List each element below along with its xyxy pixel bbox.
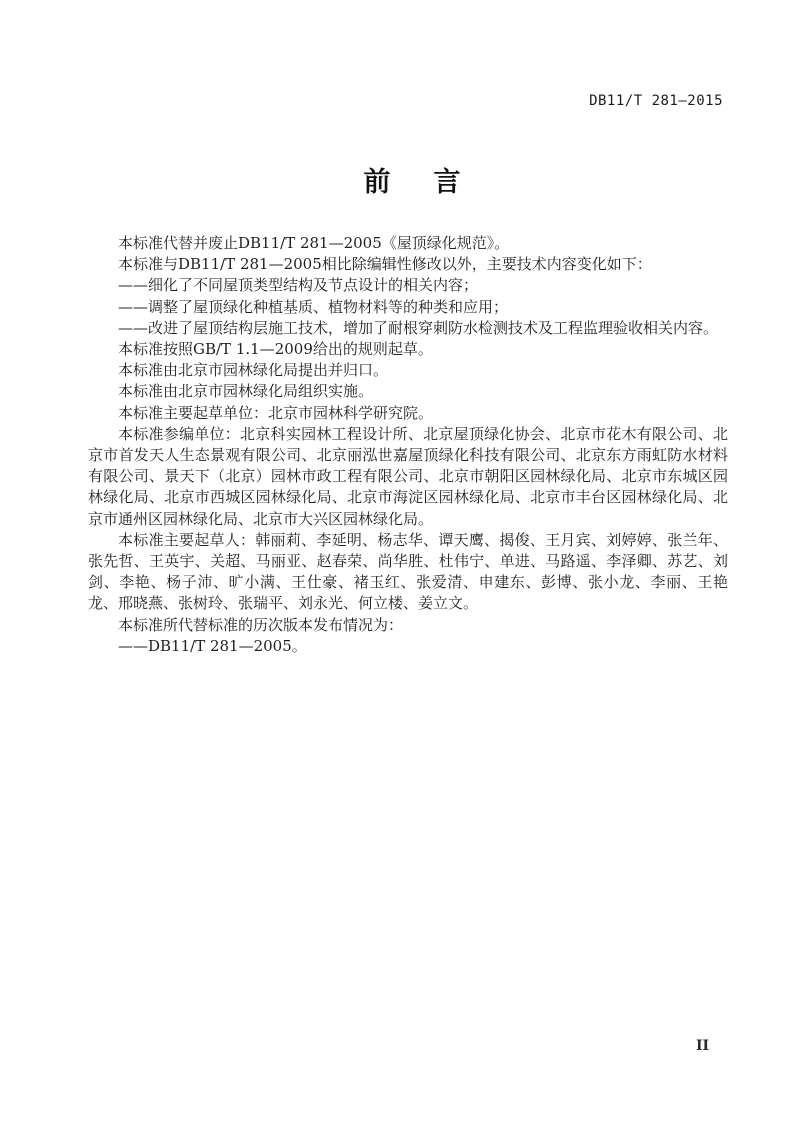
para-participating-orgs: 本标准参编单位：北京科实园林工程设计所、北京屋顶绿化协会、北京市花木有限公司、北…	[88, 424, 728, 530]
para-drafting-rules: 本标准按照GB/T 1.1—2009给出的规则起草。	[88, 339, 728, 360]
para-supersedes: 本标准代替并废止DB11/T 281—2005《屋顶绿化规范》。	[88, 233, 728, 254]
running-header-doc-code: DB11/T 281—2015	[589, 93, 723, 109]
change-item-1: ——细化了不同屋顶类型结构及节点设计的相关内容；	[88, 275, 728, 296]
foreword-title: 前 言	[16, 160, 800, 199]
para-proposed-by: 本标准由北京市园林绿化局提出并归口。	[88, 360, 728, 381]
para-changes-intro: 本标准与DB11/T 281—2005相比除编辑性修改以外，主要技术内容变化如下…	[88, 254, 728, 275]
para-previous-editions-intro: 本标准所代替标准的历次版本发布情况为：	[88, 615, 728, 636]
foreword-body: 本标准代替并废止DB11/T 281—2005《屋顶绿化规范》。 本标准与DB1…	[88, 233, 728, 657]
para-main-drafters: 本标准主要起草人：韩丽莉、李延明、杨志华、谭天鹰、揭俊、王月宾、刘婷婷、张兰年、…	[88, 530, 728, 615]
change-item-2: ——调整了屋顶绿化种植基质、植物材料等的种类和应用；	[88, 297, 728, 318]
change-item-3: ——改进了屋顶结构层施工技术，增加了耐根穿刺防水检测技术及工程监理验收相关内容。	[88, 318, 728, 339]
previous-edition-item: ——DB11/T 281—2005。	[88, 636, 728, 657]
para-implemented-by: 本标准由北京市园林绿化局组织实施。	[88, 381, 728, 402]
page-number: II	[696, 1038, 709, 1054]
document-page: DB11/T 281—2015 前 言 本标准代替并废止DB11/T 281—2…	[0, 0, 800, 1133]
para-main-drafting-org: 本标准主要起草单位：北京市园林科学研究院。	[88, 403, 728, 424]
